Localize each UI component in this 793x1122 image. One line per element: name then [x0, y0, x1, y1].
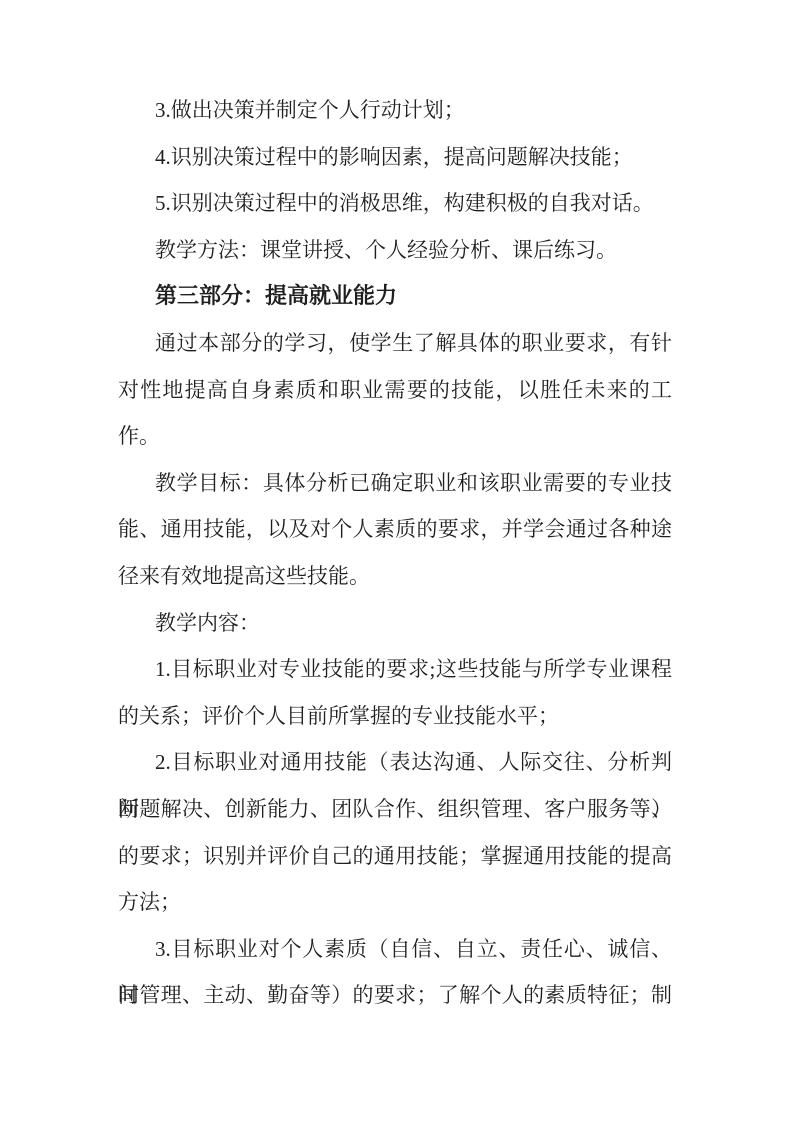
teaching-objective-line-3: 径来有效地提高这些技能。	[118, 553, 672, 600]
section-intro-line-1: 通过本部分的学习，使学生了解具体的职业要求，有针	[118, 320, 672, 367]
content-item-2-line-1: 2.目标职业对通用技能（表达沟通、人际交往、分析判断、	[118, 739, 672, 786]
section-intro-line-3: 作。	[118, 413, 672, 460]
decision-list-item-4: 4.识别决策过程中的影响因素，提高问题解决技能；	[118, 134, 672, 181]
document-page: 3.做出决策并制定个人行动计划； 4.识别决策过程中的影响因素，提高问题解决技能…	[0, 0, 793, 1122]
content-item-2-line-2: 问题解决、创新能力、团队合作、组织管理、客户服务等）	[118, 786, 672, 833]
section-intro-line-2: 对性地提高自身素质和职业需要的技能，以胜任未来的工	[118, 367, 672, 414]
content-item-3-line-2: 间管理、主动、勤奋等）的要求；了解个人的素质特征；制	[118, 972, 672, 1019]
teaching-content-label: 教学内容：	[118, 600, 672, 647]
content-item-3-line-1: 3.目标职业对个人素质（自信、自立、责任心、诚信、时	[118, 926, 672, 973]
teaching-objective-line-2: 能、通用技能，以及对个人素质的要求，并学会通过各种途	[118, 506, 672, 553]
section-heading-part3: 第三部分：提高就业能力	[118, 273, 672, 320]
decision-list-item-3: 3.做出决策并制定个人行动计划；	[118, 87, 672, 134]
content-item-2-line-3: 的要求；识别并评价自己的通用技能；掌握通用技能的提高	[118, 833, 672, 880]
teaching-method-line: 教学方法：课堂讲授、个人经验分析、课后练习。	[118, 227, 672, 274]
content-item-1-line-1: 1.目标职业对专业技能的要求;这些技能与所学专业课程	[118, 646, 672, 693]
document-text-block: 3.做出决策并制定个人行动计划； 4.识别决策过程中的影响因素，提高问题解决技能…	[118, 87, 672, 1019]
teaching-objective-line-1: 教学目标：具体分析已确定职业和该职业需要的专业技	[118, 460, 672, 507]
content-item-2-line-4: 方法；	[118, 879, 672, 926]
content-item-1-line-2: 的关系；评价个人目前所掌握的专业技能水平；	[118, 693, 672, 740]
decision-list-item-5: 5.识别决策过程中的消极思维，构建积极的自我对话。	[118, 180, 672, 227]
